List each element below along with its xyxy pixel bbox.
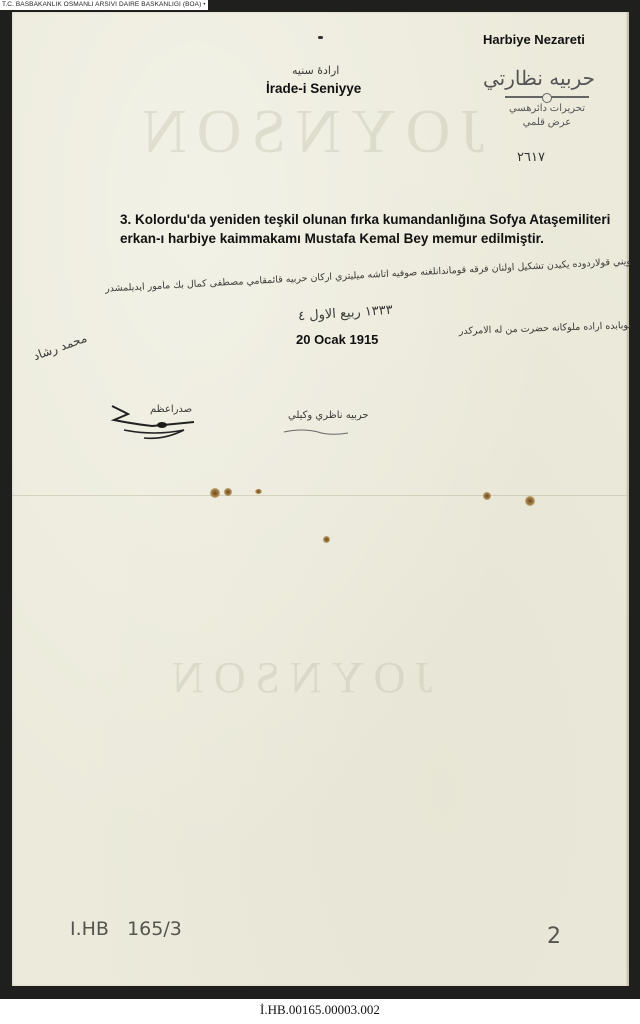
seal-line-1: تحريرات دائرهسي (499, 102, 595, 116)
sultan-margin-signature: محمد رشاد (31, 331, 88, 363)
watermark-top: JOYNSON (132, 97, 484, 168)
pencil-archive-reference: I.HB 165/3 (70, 918, 182, 940)
grand-vizier-signature (104, 394, 214, 444)
date-annotation: 20 Ocak 1915 (296, 332, 378, 347)
catalog-caption: İ.HB.00165.00003.002 (0, 1002, 640, 1018)
stain (255, 489, 262, 494)
stain (224, 488, 232, 496)
fold-line (12, 495, 627, 496)
stain (525, 496, 535, 506)
document-page: JOYNSON JOYNSON ارادۀ سنيه İrade-i Seniy… (12, 12, 629, 986)
summary-annotation: 3. Kolordu'da yeniden teşkil olunan fırk… (120, 210, 620, 248)
stain (483, 492, 491, 500)
ink-mark (318, 36, 323, 39)
letterhead-annotation: Harbiye Nezareti (483, 32, 585, 47)
handwritten-line-2: بوبابده اراده ملوكانه حضرت من له الامركد… (421, 320, 631, 338)
seal-calligraphy: حربيه نظارتي (499, 64, 595, 92)
ottoman-irade-label: ارادۀ سنيه (292, 64, 339, 77)
stain (210, 488, 220, 498)
stain (323, 536, 330, 543)
war-minister-signature (282, 424, 352, 438)
grand-vizier-label: صدراعظم (150, 404, 192, 415)
document-number: ٢٦١٧ (517, 150, 545, 165)
handwritten-line-1: ويني قولاردوده يكيدن تشكيل اولنان فرقه ق… (101, 256, 631, 295)
archive-header: T.C. BASBAKANLIK OSMANLI ARSIVI DAIRE BA… (0, 0, 208, 10)
pencil-page-number: 2 (547, 924, 561, 949)
irade-annotation: İrade-i Seniyye (266, 81, 361, 96)
watermark-bottom: JOYNSON (162, 652, 432, 703)
war-minister-label: حربيه ناظري وكيلي (288, 410, 369, 421)
seal-line-2: عرض قلمي (499, 116, 595, 130)
seal-divider (505, 96, 589, 98)
hijri-date-script: ١٣٣٣ ربيع الاول ٤ (298, 303, 394, 325)
ministry-seal: حربيه نظارتي تحريرات دائرهسي عرض قلمي (499, 64, 595, 174)
